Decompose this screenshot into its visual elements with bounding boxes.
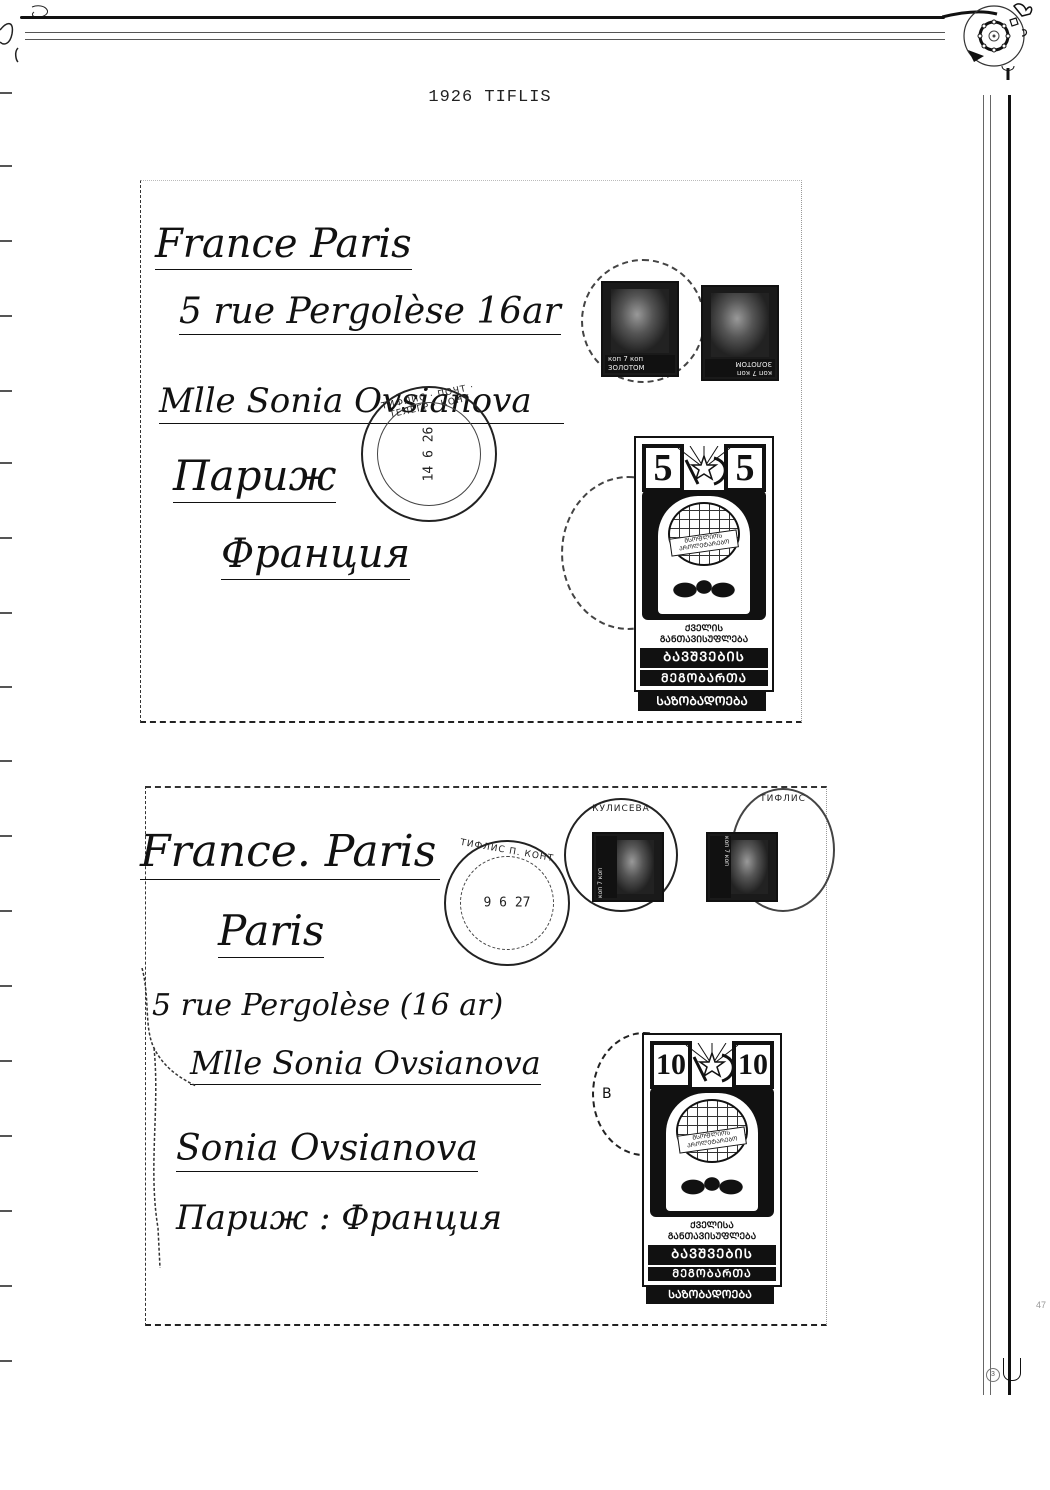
stamp-series: ЗОЛОТОМ xyxy=(705,359,772,368)
stamp-7-kop-definitive: коп 7 коп xyxy=(592,832,664,902)
stamp-caption-line: ᲡᲐᲖᲝᲑᲐᲓᲝᲔᲑᲐ xyxy=(638,691,766,711)
stamp-caption-small: ᲥᲕᲔᲚᲘᲡᲐ xyxy=(654,1221,770,1232)
frame-right-thin-line xyxy=(983,95,984,1395)
stamp-caption-line: ᲑᲐᲕᲨᲕᲔᲑᲘᲡ xyxy=(640,648,768,668)
frame-right-thick-line xyxy=(1008,95,1011,1395)
stamp-denomination: коп 7 коп xyxy=(608,355,675,364)
star-hammer-sickle-icon xyxy=(682,1043,742,1085)
postmark-tiflis: ТИФЛИС П. КОНТ 9 6 27 xyxy=(444,840,570,966)
stamp-caption-small: ᲒᲐᲜᲗᲐᲕᲘᲡᲣᲤᲚᲔᲑᲐ xyxy=(646,635,762,646)
postmark-tiflis: ТИФЛИС · ПОЧТ · ТЕЛЕГР · КОНТ 14 6 26 xyxy=(361,386,497,522)
binding-holes-strip xyxy=(0,0,14,1490)
address-line-country-city: France Paris xyxy=(155,221,412,270)
stamp-5-pictorial: 5 5 ᲛᲡᲝᲤᲚᲘᲝᲡ ᲞᲠᲝᲚᲔᲢᲐᲠᲔᲑᲝ ᲥᲕᲔᲚᲘᲡ ᲒᲐᲜᲗᲐᲕᲘᲡ… xyxy=(634,436,774,692)
stamp-caption-small: ᲥᲕᲔᲚᲘᲡ xyxy=(646,624,762,635)
atlas-globe-scene: ᲛᲡᲝᲤᲚᲘᲝᲡ ᲞᲠᲝᲚᲔᲢᲐᲠᲔᲑᲝ xyxy=(666,1093,758,1211)
corner-rosette-ornament-icon xyxy=(942,0,1042,80)
address-line-country-city: France. Paris xyxy=(140,826,440,880)
page-title: 1926 TIFLIS xyxy=(0,88,980,107)
soldier-portrait-icon xyxy=(730,840,768,894)
stamp-caption-line: ᲡᲐᲖᲝᲑᲐᲓᲝᲔᲑᲐ xyxy=(646,1286,774,1304)
soldier-portrait-icon xyxy=(614,840,654,894)
cover-1: France Paris 5 rue Pergolèse 16ar Mlle S… xyxy=(140,180,802,723)
frame-top-thin-line xyxy=(25,32,945,33)
address-line-recipient-repeat: Sonia Ovsianova xyxy=(176,1128,478,1172)
star-hammer-sickle-icon xyxy=(674,446,734,488)
stamp-caption-line: ᲑᲐᲕᲨᲕᲔᲑᲘᲡ xyxy=(648,1245,776,1265)
stamp-caption-line: ᲛᲔᲒᲝᲑᲐᲠᲗᲐ xyxy=(640,670,768,686)
postmark-date: 14 6 26 xyxy=(422,388,437,520)
address-line-city: Paris xyxy=(218,906,324,958)
address-line-city-cyrillic: Париж xyxy=(173,451,336,503)
postmark-letter: В xyxy=(602,1086,612,1102)
cover-2: France. Paris Paris 5 rue Pergolèse (16 … xyxy=(145,786,827,1326)
stamp-denomination: коп 7 коп xyxy=(597,868,604,898)
postmark-date: 9 6 27 xyxy=(446,896,568,911)
stamp-denomination: коп 7 коп xyxy=(723,836,730,866)
page-number: 47 xyxy=(1036,1300,1046,1310)
frame-top-thin-line xyxy=(25,39,945,40)
stamp-caption-line: ᲛᲔᲒᲝᲑᲐᲠᲗᲐ xyxy=(648,1267,776,1281)
address-line-city-country-cyrillic: Париж : Франция xyxy=(176,1198,502,1238)
frame-right-thin-line xyxy=(990,95,991,1395)
soldier-portrait-icon xyxy=(711,293,769,357)
atlas-globe-scene: ᲛᲡᲝᲤᲚᲘᲝᲡ ᲞᲠᲝᲚᲔᲢᲐᲠᲔᲑᲝ xyxy=(658,496,750,614)
stamp-10-pictorial: 10 10 ᲛᲡᲝᲤᲚᲘᲝᲡ ᲞᲠᲝᲚᲔᲢᲐᲠᲔᲑᲝ ᲥᲕᲔᲚᲘᲡᲐ ᲒᲐᲜᲗᲐ… xyxy=(642,1033,782,1287)
address-line-country-cyrillic: Франция xyxy=(221,531,410,580)
address-line-street: 5 rue Pergolèse (16 ar) xyxy=(152,988,503,1023)
stamp-7-kop-definitive: коп 7 коп ЗОЛОТОМ xyxy=(601,281,679,377)
stamp-caption-small: ᲒᲐᲜᲗᲐᲕᲘᲡᲣᲤᲚᲔᲑᲐ xyxy=(654,1232,770,1243)
torn-edge xyxy=(140,968,200,1268)
address-line-recipient: Mlle Sonia Ovsianova xyxy=(159,381,564,424)
frame-bottom-hook-ornament-icon xyxy=(1003,1358,1021,1381)
address-line-recipient: Mlle Sonia Ovsianova xyxy=(190,1044,541,1085)
stamp-7-kop-definitive: коп 7 коп xyxy=(706,832,778,902)
stamp-denomination: коп 7 коп xyxy=(705,368,772,377)
stamp-7-kop-definitive: коп 7 коп ЗОЛОТОМ xyxy=(701,285,779,381)
soldier-portrait-icon xyxy=(611,289,669,353)
address-line-street: 5 rue Pergolèse 16ar xyxy=(179,291,561,335)
stamp-series: ЗОЛОТОМ xyxy=(608,364,675,373)
page-number-circle: 3 xyxy=(986,1368,1000,1382)
frame-top-thick-line xyxy=(20,16,945,19)
